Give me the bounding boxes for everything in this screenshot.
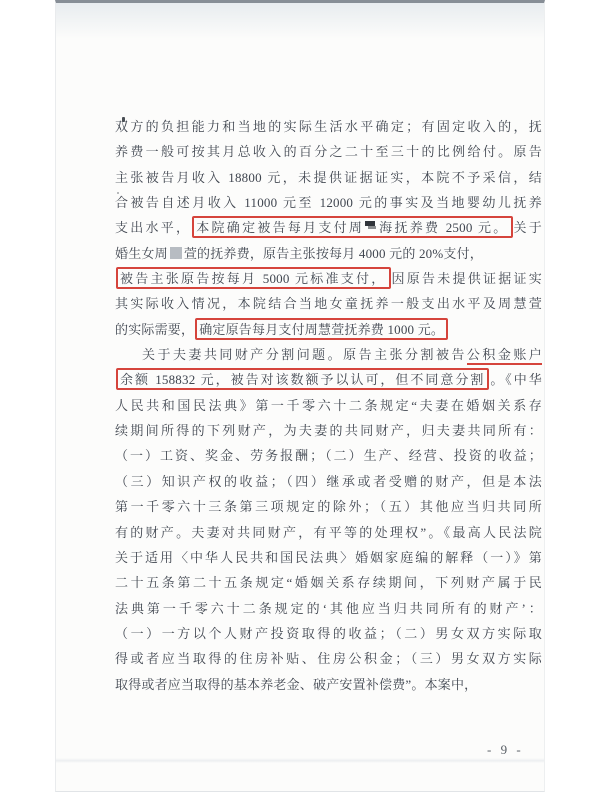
- text-segment: 续期间所得的下列财产，为夫妻的共同财产，归夫妻共同所有：: [115, 423, 542, 438]
- text-segment: 主张被告月收入 18800 元，未提供证据证实，本院不予采信，结: [115, 170, 542, 185]
- text-line: 人民共和国民法典》第一千零六十二条规定“夫妻在婚姻关系存: [115, 393, 542, 418]
- text-segment: （三）知识产权的收益；（四）继承或者受赠的财产，但是本法: [115, 474, 542, 489]
- text-line: 被告主张原告按每月 5000 元标准支付，因原告未提供证据证实: [115, 266, 542, 291]
- page-number: - 9 -: [487, 742, 524, 758]
- text-segment: 关于夫妻共同财产分割问题。原告主张分割被告: [142, 347, 467, 362]
- text-segment: （一）工资、奖金、劳务报酬；（二）生产、经营、投资的收益；: [115, 448, 542, 463]
- text-line: 支出水平，本院确定被告每月支付周海抚养费 2500 元。关于: [115, 215, 542, 240]
- text-line: 主张被告月收入 18800 元，未提供证据证实，本院不予采信，结: [115, 165, 542, 190]
- judgment-text: 双方的负担能力和当地的实际生活水平确定；有固定收入的，抚养费一般可按其月总收入的…: [115, 114, 542, 697]
- text-line: 取得或者应当取得的基本养老金、破产安置补偿费”。本案中，: [115, 672, 542, 697]
- text-segment: 。《中华: [490, 372, 542, 387]
- text-segment: （一）一方以个人财产投资取得的收益；（二）男女双方实际取: [115, 626, 542, 641]
- text-line: 余额 158832 元，被告对该数额予以认可，但不同意分割。《中华: [115, 367, 542, 392]
- text-line: 双方的负担能力和当地的实际生活水平确定；有固定收入的，抚: [115, 114, 542, 139]
- text-segment: 的实际需要，: [115, 322, 194, 337]
- red-annotation-box: 本院确定被告每月支付周海抚养费 2500 元。: [192, 216, 512, 238]
- redaction-mark: [365, 221, 375, 226]
- text-line: （一）一方以个人财产投资取得的收益；（二）男女双方实际取: [115, 621, 542, 646]
- text-line: 二十五条第二十五条规定“婚姻关系存续期间，下列财产属于民: [115, 570, 542, 595]
- text-segment: 人民共和国民法典》第一千零六十二条规定“夫妻在婚姻关系存: [115, 398, 542, 413]
- text-segment: 合被告自述月收入 11000 元至 12000 元的事实及当地婴幼儿抚养: [115, 195, 542, 210]
- text-segment: 萱的抚养费，原告主张按每月 4000 元的 20%支付，: [184, 246, 483, 261]
- text-line: 养费一般可按其月总收入的百分之二十至三十的比例给付。原告: [115, 139, 542, 164]
- text-segment: 第一千零六十三条第三项规定的除外；（五）其他应当归共同所: [115, 499, 542, 514]
- text-line: 合被告自述月收入 11000 元至 12000 元的事实及当地婴幼儿抚养: [115, 190, 542, 215]
- red-underline: 公积金账户: [467, 347, 542, 365]
- text-line: 法典第一千零六十二条规定的‘其他应当归共同所有的财产’：: [115, 596, 542, 621]
- red-annotation-box: 被告主张原告按每月 5000 元标准支付，: [116, 267, 391, 289]
- scanned-page: 双方的负担能力和当地的实际生活水平确定；有固定收入的，抚养费一般可按其月总收入的…: [55, 0, 545, 792]
- text-segment: 法典第一千零六十二条规定的‘其他应当归共同所有的财产’：: [115, 601, 542, 616]
- text-segment: 有的财产。夫妻对共同财产，有平等的处理权”。《最高人民法院: [115, 525, 542, 540]
- text-line: 其实际收入情况，本院结合当地女童抚养一般支出水平及周慧萱: [115, 291, 542, 316]
- text-segment: 二十五条第二十五条规定“婚姻关系存续期间，下列财产属于民: [115, 575, 542, 590]
- red-underline: 不同意分割: [410, 372, 485, 390]
- text-segment: 得或者应当取得的住房补贴、住房公积金；（三）男女双方实际: [115, 651, 542, 666]
- text-segment: 余额 158832 元，被告对该数额予以认可，但: [120, 372, 410, 387]
- text-segment: 确定原告每月支付周慧萱抚养费 1000 元。: [199, 322, 444, 337]
- text-segment: 关于适用〈中华人民共和国民法典〉婚姻家庭编的解释（一）》第: [115, 550, 542, 565]
- text-segment: 支出水平，: [115, 220, 191, 235]
- text-segment: 海抚养费 2500 元。: [377, 220, 508, 235]
- text-line: 婚生女周萱的抚养费，原告主张按每月 4000 元的 20%支付，: [115, 241, 542, 266]
- text-line: 关于适用〈中华人民共和国民法典〉婚姻家庭编的解释（一）》第: [115, 545, 542, 570]
- text-segment: 被告主张原告按每月 5000 元标准支付，: [120, 271, 387, 286]
- text-line: 续期间所得的下列财产，为夫妻的共同财产，归夫妻共同所有：: [115, 418, 542, 443]
- text-line: （三）知识产权的收益；（四）继承或者受赠的财产，但是本法: [115, 469, 542, 494]
- text-segment: 婚生女周: [115, 246, 168, 261]
- text-line: 有的财产。夫妻对共同财产，有平等的处理权”。《最高人民法院: [115, 520, 542, 545]
- text-segment: 取得或者应当取得的基本养老金、破产安置补偿费”。本案中，: [115, 677, 477, 692]
- text-line: 的实际需要，确定原告每月支付周慧萱抚养费 1000 元。: [115, 317, 542, 342]
- text-segment: 养费一般可按其月总收入的百分之二十至三十的比例给付。原告: [115, 144, 542, 159]
- red-annotation-box: 确定原告每月支付周慧萱抚养费 1000 元。: [195, 318, 448, 340]
- text-segment: 本院确定被告每月支付周: [196, 220, 364, 235]
- text-segment: 关于: [514, 220, 542, 235]
- text-segment: 其实际收入情况，本院结合当地女童抚养一般支出水平及周慧萱: [115, 296, 542, 311]
- redaction-mark: [170, 247, 182, 259]
- text-segment: 双方的负担能力和当地的实际生活水平确定；有固定收入的，抚: [115, 119, 542, 134]
- text-line: 关于夫妻共同财产分割问题。原告主张分割被告公积金账户: [115, 342, 542, 367]
- text-line: 第一千零六十三条第三项规定的除外；（五）其他应当归共同所: [115, 494, 542, 519]
- text-line: （一）工资、奖金、劳务报酬；（二）生产、经营、投资的收益；: [115, 443, 542, 468]
- text-segment: 因原告未提供证据证实: [392, 271, 542, 286]
- red-annotation-box: 余额 158832 元，被告对该数额予以认可，但不同意分割: [116, 368, 489, 390]
- text-line: 得或者应当取得的住房补贴、住房公积金；（三）男女双方实际: [115, 646, 542, 671]
